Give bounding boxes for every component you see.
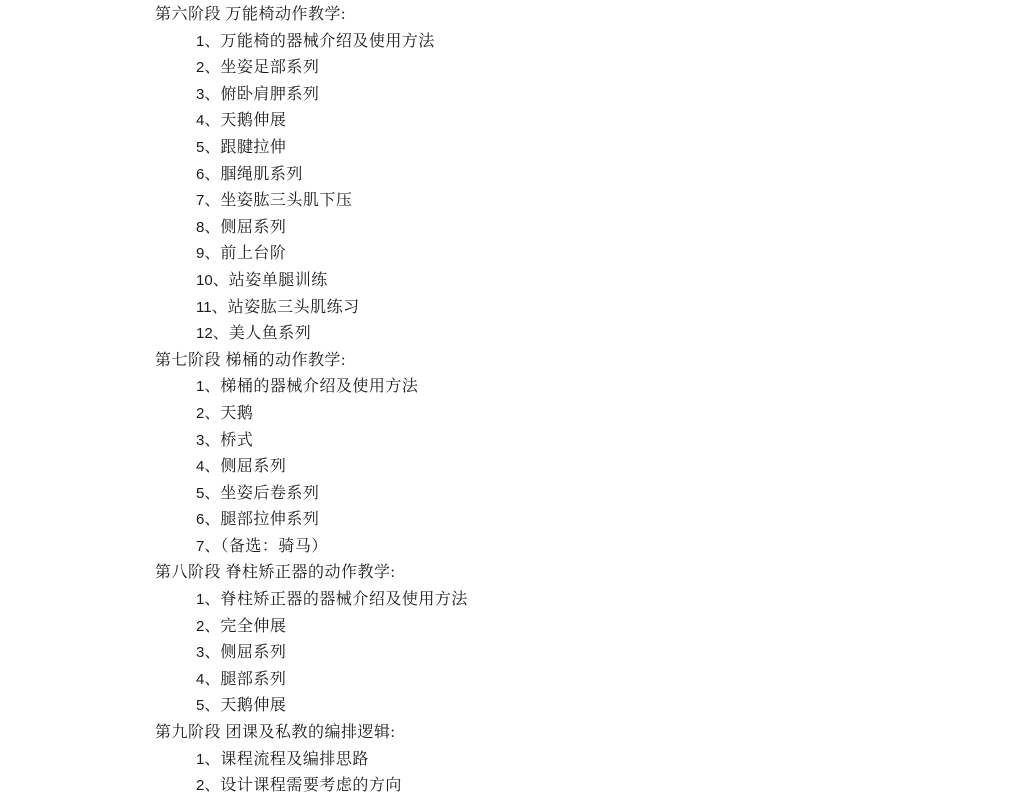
list-item: 7、（备选：骑马）	[155, 534, 1014, 561]
item-text: 课程流程及编排思路	[220, 751, 369, 768]
item-enumerator-separator: 、	[204, 458, 220, 475]
list-item: 5、坐姿后卷系列	[155, 481, 1014, 508]
item-enumerator-separator: 、	[204, 59, 220, 76]
item-text: 梯桶的器械介绍及使用方法	[220, 378, 418, 395]
item-enumerator-separator: 、	[204, 644, 220, 661]
item-enumerator-separator: 、	[204, 618, 220, 635]
list-item: 4、腿部系列	[155, 667, 1014, 694]
list-item: 3、桥式	[155, 428, 1014, 455]
item-enumerator-separator: 、	[204, 33, 220, 50]
list-item: 12、美人鱼系列	[155, 321, 1014, 348]
item-text: 万能椅的器械介绍及使用方法	[220, 33, 435, 50]
list-item: 1、课程流程及编排思路	[155, 747, 1014, 774]
item-text: 脊柱矫正器的器械介绍及使用方法	[220, 591, 468, 608]
item-text: 站姿单腿训练	[229, 272, 328, 289]
item-text: 前上台阶	[220, 245, 286, 262]
list-item: 6、腿部拉伸系列	[155, 507, 1014, 534]
item-number: 10	[196, 272, 213, 289]
section-heading: 第六阶段 万能椅动作教学:	[155, 2, 1014, 29]
item-enumerator-separator: 、	[204, 378, 220, 395]
item-text: 坐姿肱三头肌下压	[220, 192, 352, 209]
item-enumerator-separator: 、	[204, 245, 220, 262]
list-item: 7、坐姿肱三头肌下压	[155, 188, 1014, 215]
item-text: 天鹅伸展	[220, 697, 286, 714]
item-text: 坐姿后卷系列	[220, 485, 319, 502]
list-item: 10、站姿单腿训练	[155, 268, 1014, 295]
item-text: 腿部拉伸系列	[220, 511, 319, 528]
document-page: 第六阶段 万能椅动作教学:1、万能椅的器械介绍及使用方法2、坐姿足部系列3、俯卧…	[0, 0, 1014, 806]
item-enumerator-separator: 、	[204, 192, 220, 209]
item-enumerator-separator: 、	[204, 432, 220, 449]
list-item: 2、设计课程需要考虑的方向	[155, 773, 1014, 800]
list-item: 4、侧屈系列	[155, 454, 1014, 481]
list-item: 5、天鹅伸展	[155, 693, 1014, 720]
item-text: 站姿肱三头肌练习	[228, 299, 360, 316]
item-text: （备选：骑马）	[220, 538, 328, 555]
item-text: 俯卧肩胛系列	[220, 86, 319, 103]
item-text: 侧屈系列	[220, 219, 286, 236]
item-text: 天鹅伸展	[220, 112, 286, 129]
item-number: 11	[196, 299, 212, 316]
item-text: 天鹅	[220, 405, 253, 422]
item-text: 侧屈系列	[220, 644, 286, 661]
list-item: 2、完全伸展	[155, 614, 1014, 641]
item-text: 设计课程需要考虑的方向	[220, 777, 402, 794]
list-item: 6、腘绳肌系列	[155, 162, 1014, 189]
list-item: 4、天鹅伸展	[155, 108, 1014, 135]
item-enumerator-separator: 、	[204, 405, 220, 422]
list-item: 1、梯桶的器械介绍及使用方法	[155, 374, 1014, 401]
list-item: 8、侧屈系列	[155, 215, 1014, 242]
item-enumerator-separator: 、	[204, 777, 220, 794]
section-heading: 第七阶段 梯桶的动作教学:	[155, 348, 1014, 375]
item-text: 跟腱拉伸	[220, 139, 286, 156]
list-item: 11、站姿肱三头肌练习	[155, 295, 1014, 322]
list-item: 2、坐姿足部系列	[155, 55, 1014, 82]
document-content: 第六阶段 万能椅动作教学:1、万能椅的器械介绍及使用方法2、坐姿足部系列3、俯卧…	[155, 2, 1014, 800]
item-enumerator-separator: 、	[204, 538, 220, 555]
item-enumerator-separator: 、	[213, 325, 229, 342]
section-heading: 第九阶段 团课及私教的编排逻辑:	[155, 720, 1014, 747]
list-item: 5、跟腱拉伸	[155, 135, 1014, 162]
list-item: 1、脊柱矫正器的器械介绍及使用方法	[155, 587, 1014, 614]
list-item: 3、俯卧肩胛系列	[155, 82, 1014, 109]
item-enumerator-separator: 、	[204, 166, 220, 183]
list-item: 3、侧屈系列	[155, 640, 1014, 667]
item-text: 完全伸展	[220, 618, 286, 635]
item-enumerator-separator: 、	[204, 485, 220, 502]
item-enumerator-separator: 、	[204, 139, 220, 156]
item-enumerator-separator: 、	[204, 86, 220, 103]
section-heading: 第八阶段 脊柱矫正器的动作教学:	[155, 560, 1014, 587]
item-text: 腘绳肌系列	[220, 166, 303, 183]
item-enumerator-separator: 、	[213, 272, 229, 289]
item-enumerator-separator: 、	[204, 697, 220, 714]
item-text: 侧屈系列	[220, 458, 286, 475]
item-enumerator-separator: 、	[204, 671, 220, 688]
item-enumerator-separator: 、	[204, 751, 220, 768]
list-item: 9、前上台阶	[155, 241, 1014, 268]
item-text: 腿部系列	[220, 671, 286, 688]
item-enumerator-separator: 、	[204, 511, 220, 528]
item-enumerator-separator: 、	[204, 591, 220, 608]
item-number: 12	[196, 325, 213, 342]
item-text: 美人鱼系列	[229, 325, 312, 342]
item-text: 桥式	[220, 432, 253, 449]
item-enumerator-separator: 、	[212, 299, 228, 316]
item-text: 坐姿足部系列	[220, 59, 319, 76]
item-enumerator-separator: 、	[204, 112, 220, 129]
list-item: 1、万能椅的器械介绍及使用方法	[155, 29, 1014, 56]
item-enumerator-separator: 、	[204, 219, 220, 236]
list-item: 2、天鹅	[155, 401, 1014, 428]
